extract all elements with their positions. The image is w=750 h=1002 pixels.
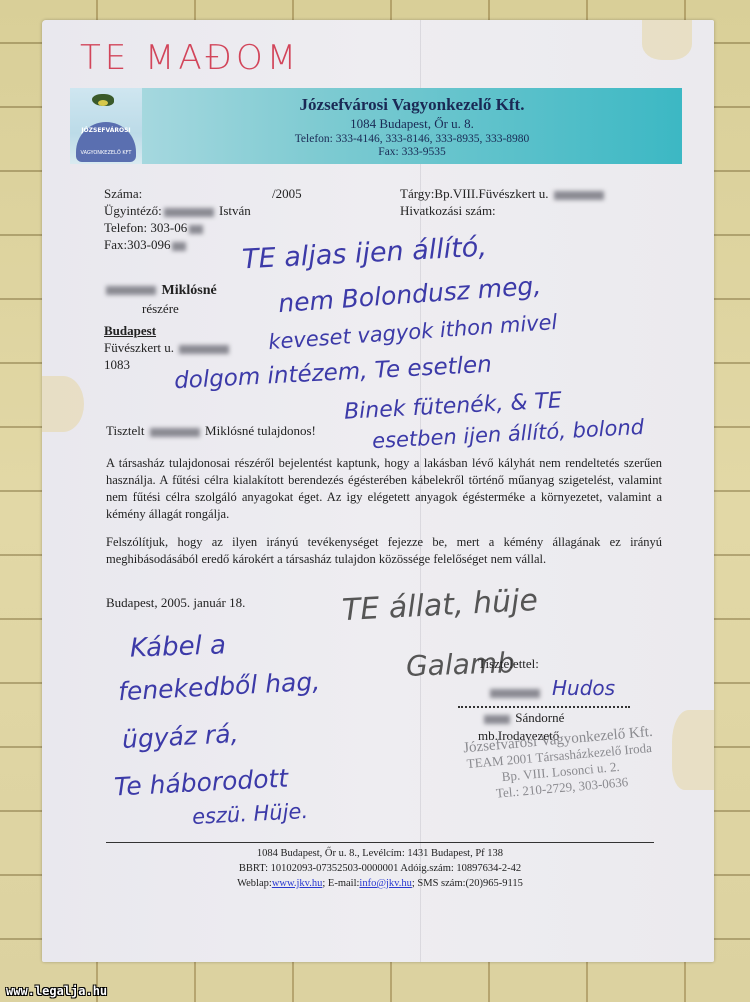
hivatkozasi-szam: Hivatkozási szám: [400, 203, 496, 219]
footer-divider [106, 842, 654, 843]
recipient-name: Miklósné [104, 283, 217, 299]
telefon-row: Telefon: 303-06 [104, 220, 205, 236]
tape-left [42, 376, 84, 432]
recipient-street: Füvészkert u. [104, 340, 231, 356]
handwriting-line: nem Bolondusz meg, [277, 271, 542, 318]
szama-label: Száma: [104, 186, 142, 202]
greeting: Tisztelt Miklósné tulajdonos! [106, 423, 316, 439]
handwriting-left: Kábel a [130, 630, 227, 663]
handwriting-red: TE MAĐOM [80, 38, 300, 78]
recipient-city: Budapest [104, 323, 156, 339]
company-logo: JÓZSEFVÁROSI VAGYONKEZELŐ KFT [70, 88, 142, 164]
company-name: Józsefvárosi Vagyonkezelő Kft. [142, 95, 682, 115]
letterhead-text: Józsefvárosi Vagyonkezelő Kft. 1084 Buda… [142, 88, 682, 158]
handwriting-gray: TE állat, hüje [341, 583, 538, 628]
handwriting-left: ügyáz rá, [121, 719, 239, 754]
company-fax: Fax: 333-9535 [142, 146, 682, 158]
bird-icon [92, 94, 114, 106]
website-link[interactable]: www.jkv.hu [272, 878, 323, 889]
company-phones: Telefon: 333-4146, 333-8146, 333-8935, 3… [142, 133, 682, 145]
fax-row: Fax:303-096 [104, 237, 188, 253]
handwriting-left: Te háborodott [113, 763, 288, 801]
company-address: 1084 Budapest, Őr u. 8. [142, 116, 682, 132]
targy-row: Tárgy:Bp.VIII.Füvészkert u. [400, 186, 606, 202]
email-link[interactable]: info@jkv.hu [359, 878, 411, 889]
ugyintezo-row: Ügyintéző: István [104, 203, 251, 219]
letter-paragraph-2: Felszólítjuk, hogy az ilyen irányú tevék… [106, 534, 662, 568]
signature: Hudos [552, 676, 615, 700]
handwriting-line: Binek fütenék, & TE [343, 388, 562, 424]
signature-line [458, 706, 630, 708]
office-stamp: Józsefvárosi Vagyonkezelő Kft. TEAM 2001… [438, 722, 683, 807]
recipient-zip: 1083 [104, 357, 130, 373]
letter-footer: 1084 Budapest, Őr u. 8., Levélcím: 1431 … [106, 846, 654, 891]
handwriting-line: dolgom intézem, Te esetlen [174, 352, 493, 395]
signature-row [488, 684, 542, 700]
site-watermark: www.legalja.hu [6, 984, 107, 998]
handwriting-left: fenekedből hag, [117, 667, 320, 707]
tape-top-right [642, 20, 692, 60]
redacted [164, 208, 214, 217]
signer-name: Sándorné [482, 710, 564, 726]
recipient-reszere: részére [142, 301, 179, 317]
logo-badge: JÓZSEFVÁROSI VAGYONKEZELŐ KFT [76, 122, 136, 162]
szama-value: /2005 [272, 186, 302, 202]
letter-paper: TE MAĐOM JÓZSEFVÁROSI VAGYONKEZELŐ KFT J… [42, 20, 714, 962]
handwriting-line: TE aljas ijen állító, [241, 232, 487, 276]
letter-paragraph-1: A társasház tulajdonosai részéről bejele… [106, 455, 662, 523]
handwriting-left: eszü. Hüje. [191, 799, 308, 829]
letter-date: Budapest, 2005. január 18. [106, 595, 245, 611]
closing: Tisztelettel: [478, 656, 539, 672]
handwriting-line: keveset vagyok ithon mivel [268, 310, 559, 354]
